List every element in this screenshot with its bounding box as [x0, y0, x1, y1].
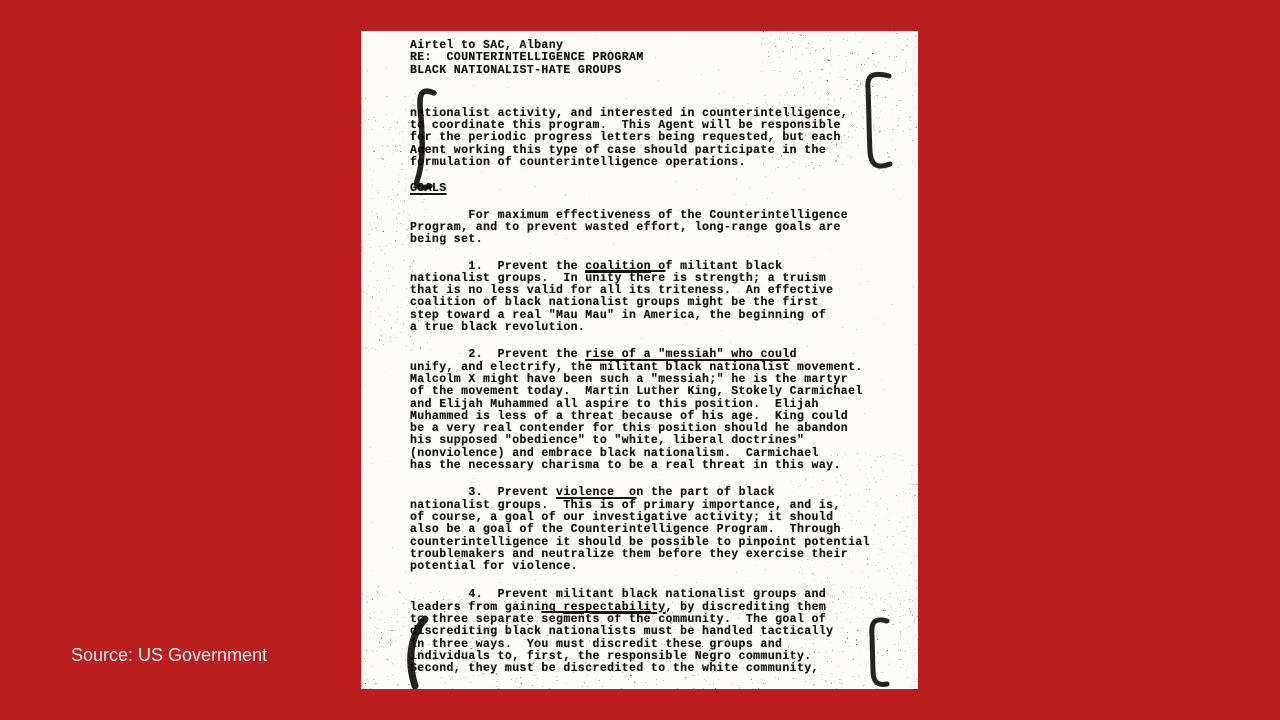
document-line: RE: COUNTERINTELLIGENCE PROGRAM	[410, 52, 908, 64]
document-text: Airtel to SAC, AlbanyRE: COUNTERINTELLIG…	[410, 40, 908, 675]
document-line: Program, and to prevent wasted effort, l…	[410, 222, 908, 234]
text-block-header: Airtel to SAC, AlbanyRE: COUNTERINTELLIG…	[410, 40, 908, 77]
slide-background: Airtel to SAC, AlbanyRE: COUNTERINTELLIG…	[0, 0, 1280, 720]
text-block-goal-4: 4. Prevent militant black nationalist gr…	[410, 589, 908, 675]
document-line: also be a goal of the Counterintelligenc…	[410, 524, 908, 536]
document-line: Second, they must be discredited to the …	[410, 663, 908, 675]
text-block-goals-heading: GOALS	[410, 183, 908, 195]
document-line: 3. Prevent violence on the part of black	[410, 487, 908, 499]
text-block-goal-3: 3. Prevent violence on the part of black…	[410, 487, 908, 573]
document-line: coalition of black nationalist groups mi…	[410, 297, 908, 309]
document-line: discrediting black nationalists must be …	[410, 626, 908, 638]
document-line: and Elijah Muhammed all aspire to this p…	[410, 399, 908, 411]
scanned-document-page: Airtel to SAC, AlbanyRE: COUNTERINTELLIG…	[361, 31, 918, 689]
text-block-goals-intro: For maximum effectiveness of the Counter…	[410, 210, 908, 247]
text-block-goal-1: 1. Prevent the coalition of militant bla…	[410, 261, 908, 335]
document-line: his supposed "obedience" to "white, libe…	[410, 435, 908, 447]
document-line: of the movement today. Martin Luther Kin…	[410, 386, 908, 398]
document-line: formulation of counterintelligence opera…	[410, 157, 908, 169]
document-line: GOALS	[410, 183, 908, 195]
document-line: counterintelligence it should be possibl…	[410, 537, 908, 549]
document-line: BLACK NATIONALIST-HATE GROUPS	[410, 65, 908, 77]
document-line: for the periodic progress letters being …	[410, 132, 908, 144]
document-line: potential for violence.	[410, 561, 908, 573]
text-block-goal-2: 2. Prevent the rise of a "messiah" who c…	[410, 349, 908, 472]
document-line: a true black revolution.	[410, 322, 908, 334]
document-line: being set.	[410, 234, 908, 246]
text-block-intro-paragraph: nationalist activity, and interested in …	[410, 108, 908, 169]
document-line: has the necessary charisma to be a real …	[410, 460, 908, 472]
source-caption: Source: US Government	[71, 645, 267, 666]
